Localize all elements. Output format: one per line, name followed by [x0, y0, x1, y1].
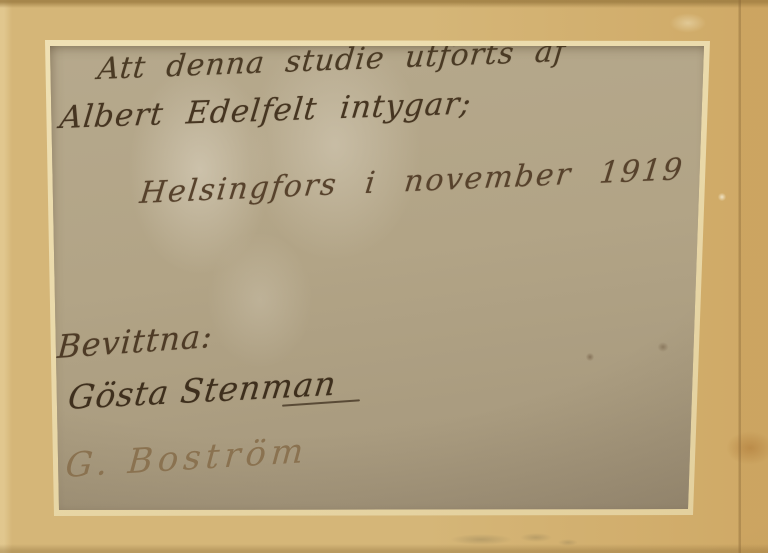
framed-inscription-photo: Att denna studie utförts af Albert Edelf…	[0, 0, 768, 553]
pencil-scribble	[520, 533, 552, 542]
pencil-scribble	[450, 534, 512, 545]
mat-window: Att denna studie utförts af Albert Edelf…	[0, 0, 768, 553]
pencil-scribble	[558, 539, 578, 546]
